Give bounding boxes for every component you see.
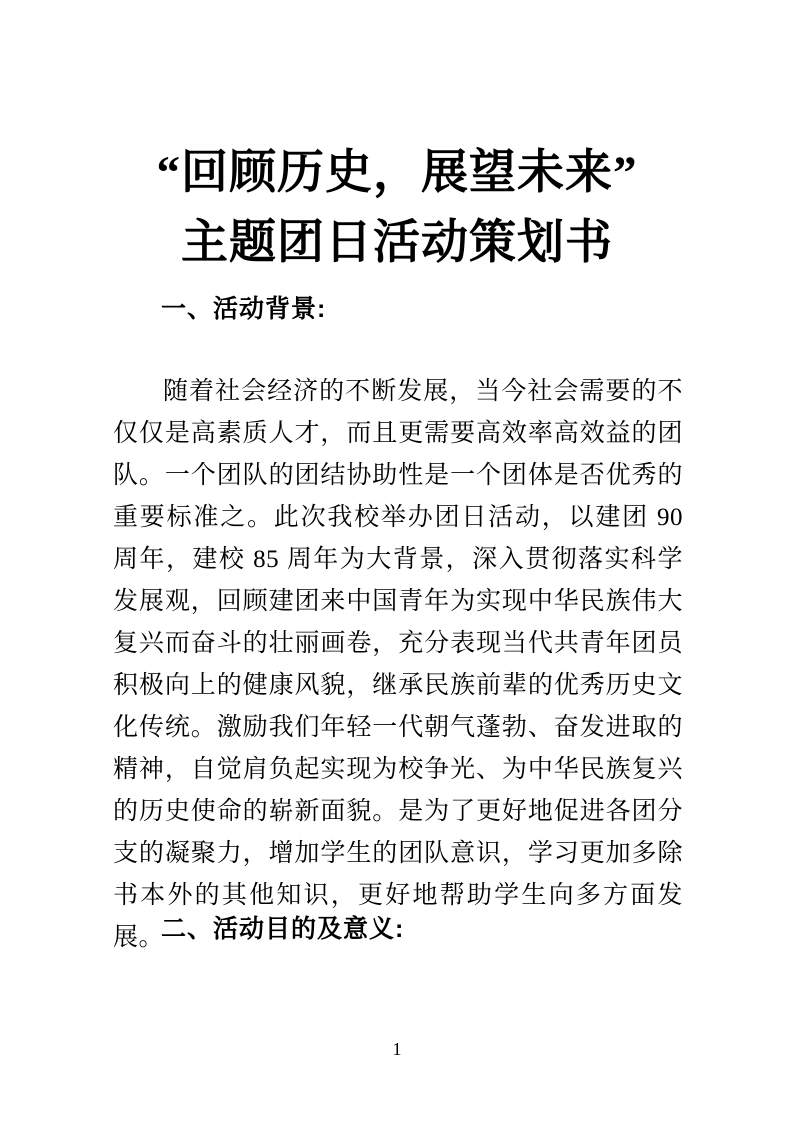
section-heading-activity-background: 一、活动背景: xyxy=(161,294,326,324)
document-page: “回顾历史，展望未来” 主题团日活动策划书 一、活动背景: 随着社会经济的不断发… xyxy=(0,0,794,1123)
document-title-line-2: 主题团日活动策划书 xyxy=(0,208,794,278)
page-number: 1 xyxy=(0,1038,794,1060)
activity-background-paragraph: 随着社会经济的不断发展，当今社会需要的不仅仅是高素质人才，而且更需要高效率高效益… xyxy=(113,371,683,959)
section-heading-activity-purpose: 二、活动目的及意义: xyxy=(161,914,404,944)
document-title: “回顾历史，展望未来” 主题团日活动策划书 xyxy=(0,138,794,278)
document-title-line-1: “回顾历史，展望未来” xyxy=(0,138,794,208)
